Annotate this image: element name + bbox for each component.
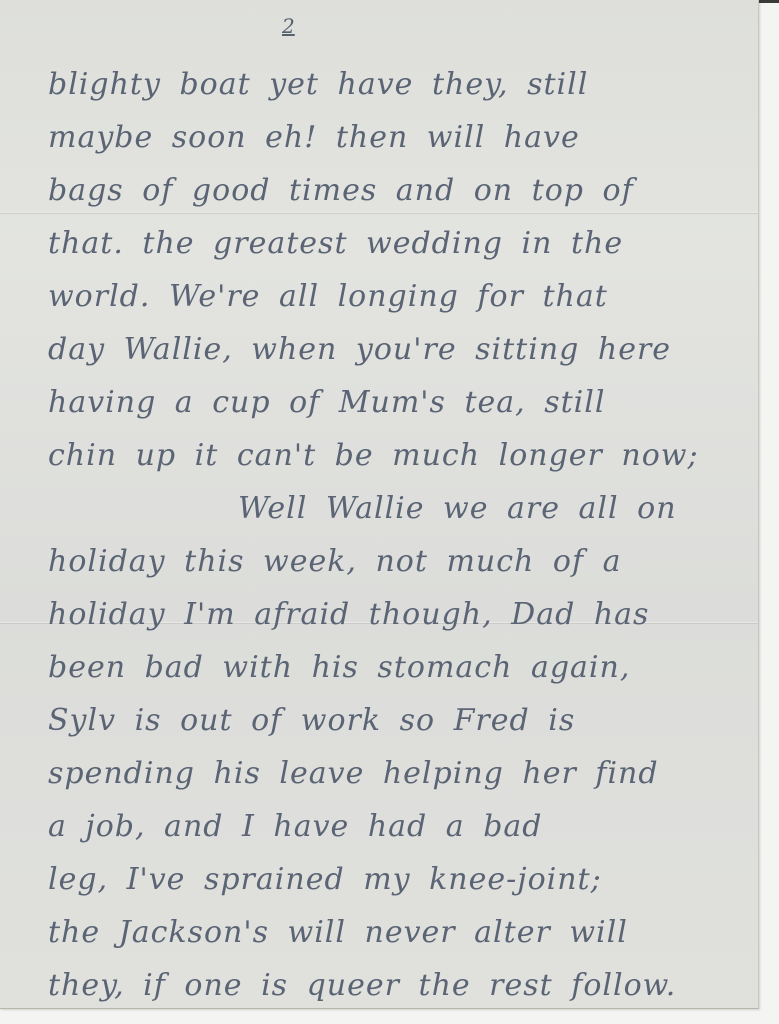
handwritten-text: blighty boat yet have they, still maybe … (48, 58, 748, 1012)
text-line: blighty boat yet have they, still (48, 58, 748, 111)
text-line: holiday this week, not much of a (48, 535, 748, 588)
text-line: a job, and I have had a bad (48, 800, 748, 853)
text-line: bags of good times and on top of (48, 164, 748, 217)
text-line: holiday I'm afraid though, Dad has (48, 588, 748, 641)
text-line: Sylv is out of work so Fred is (48, 694, 748, 747)
text-line: been bad with his stomach again, (48, 641, 748, 694)
page-number: 2 (282, 14, 295, 38)
text-line: the Jackson's will never alter will (48, 906, 748, 959)
text-line: chin up it can't be much longer now; (48, 429, 748, 482)
text-line: that. the greatest wedding in the (48, 217, 748, 270)
text-line: day Wallie, when you're sitting here (48, 323, 748, 376)
letter-page: 2 blighty boat yet have they, still mayb… (0, 0, 759, 1009)
text-line: having a cup of Mum's tea, still (48, 376, 748, 429)
text-line-paragraph-start: Well Wallie we are all on (48, 482, 748, 535)
text-line: they, if one is queer the rest follow. (48, 959, 748, 1012)
text-line: maybe soon eh! then will have (48, 111, 748, 164)
text-line: spending his leave helping her find (48, 747, 748, 800)
text-line: leg, I've sprained my knee-joint; (48, 853, 748, 906)
text-line: world. We're all longing for that (48, 270, 748, 323)
